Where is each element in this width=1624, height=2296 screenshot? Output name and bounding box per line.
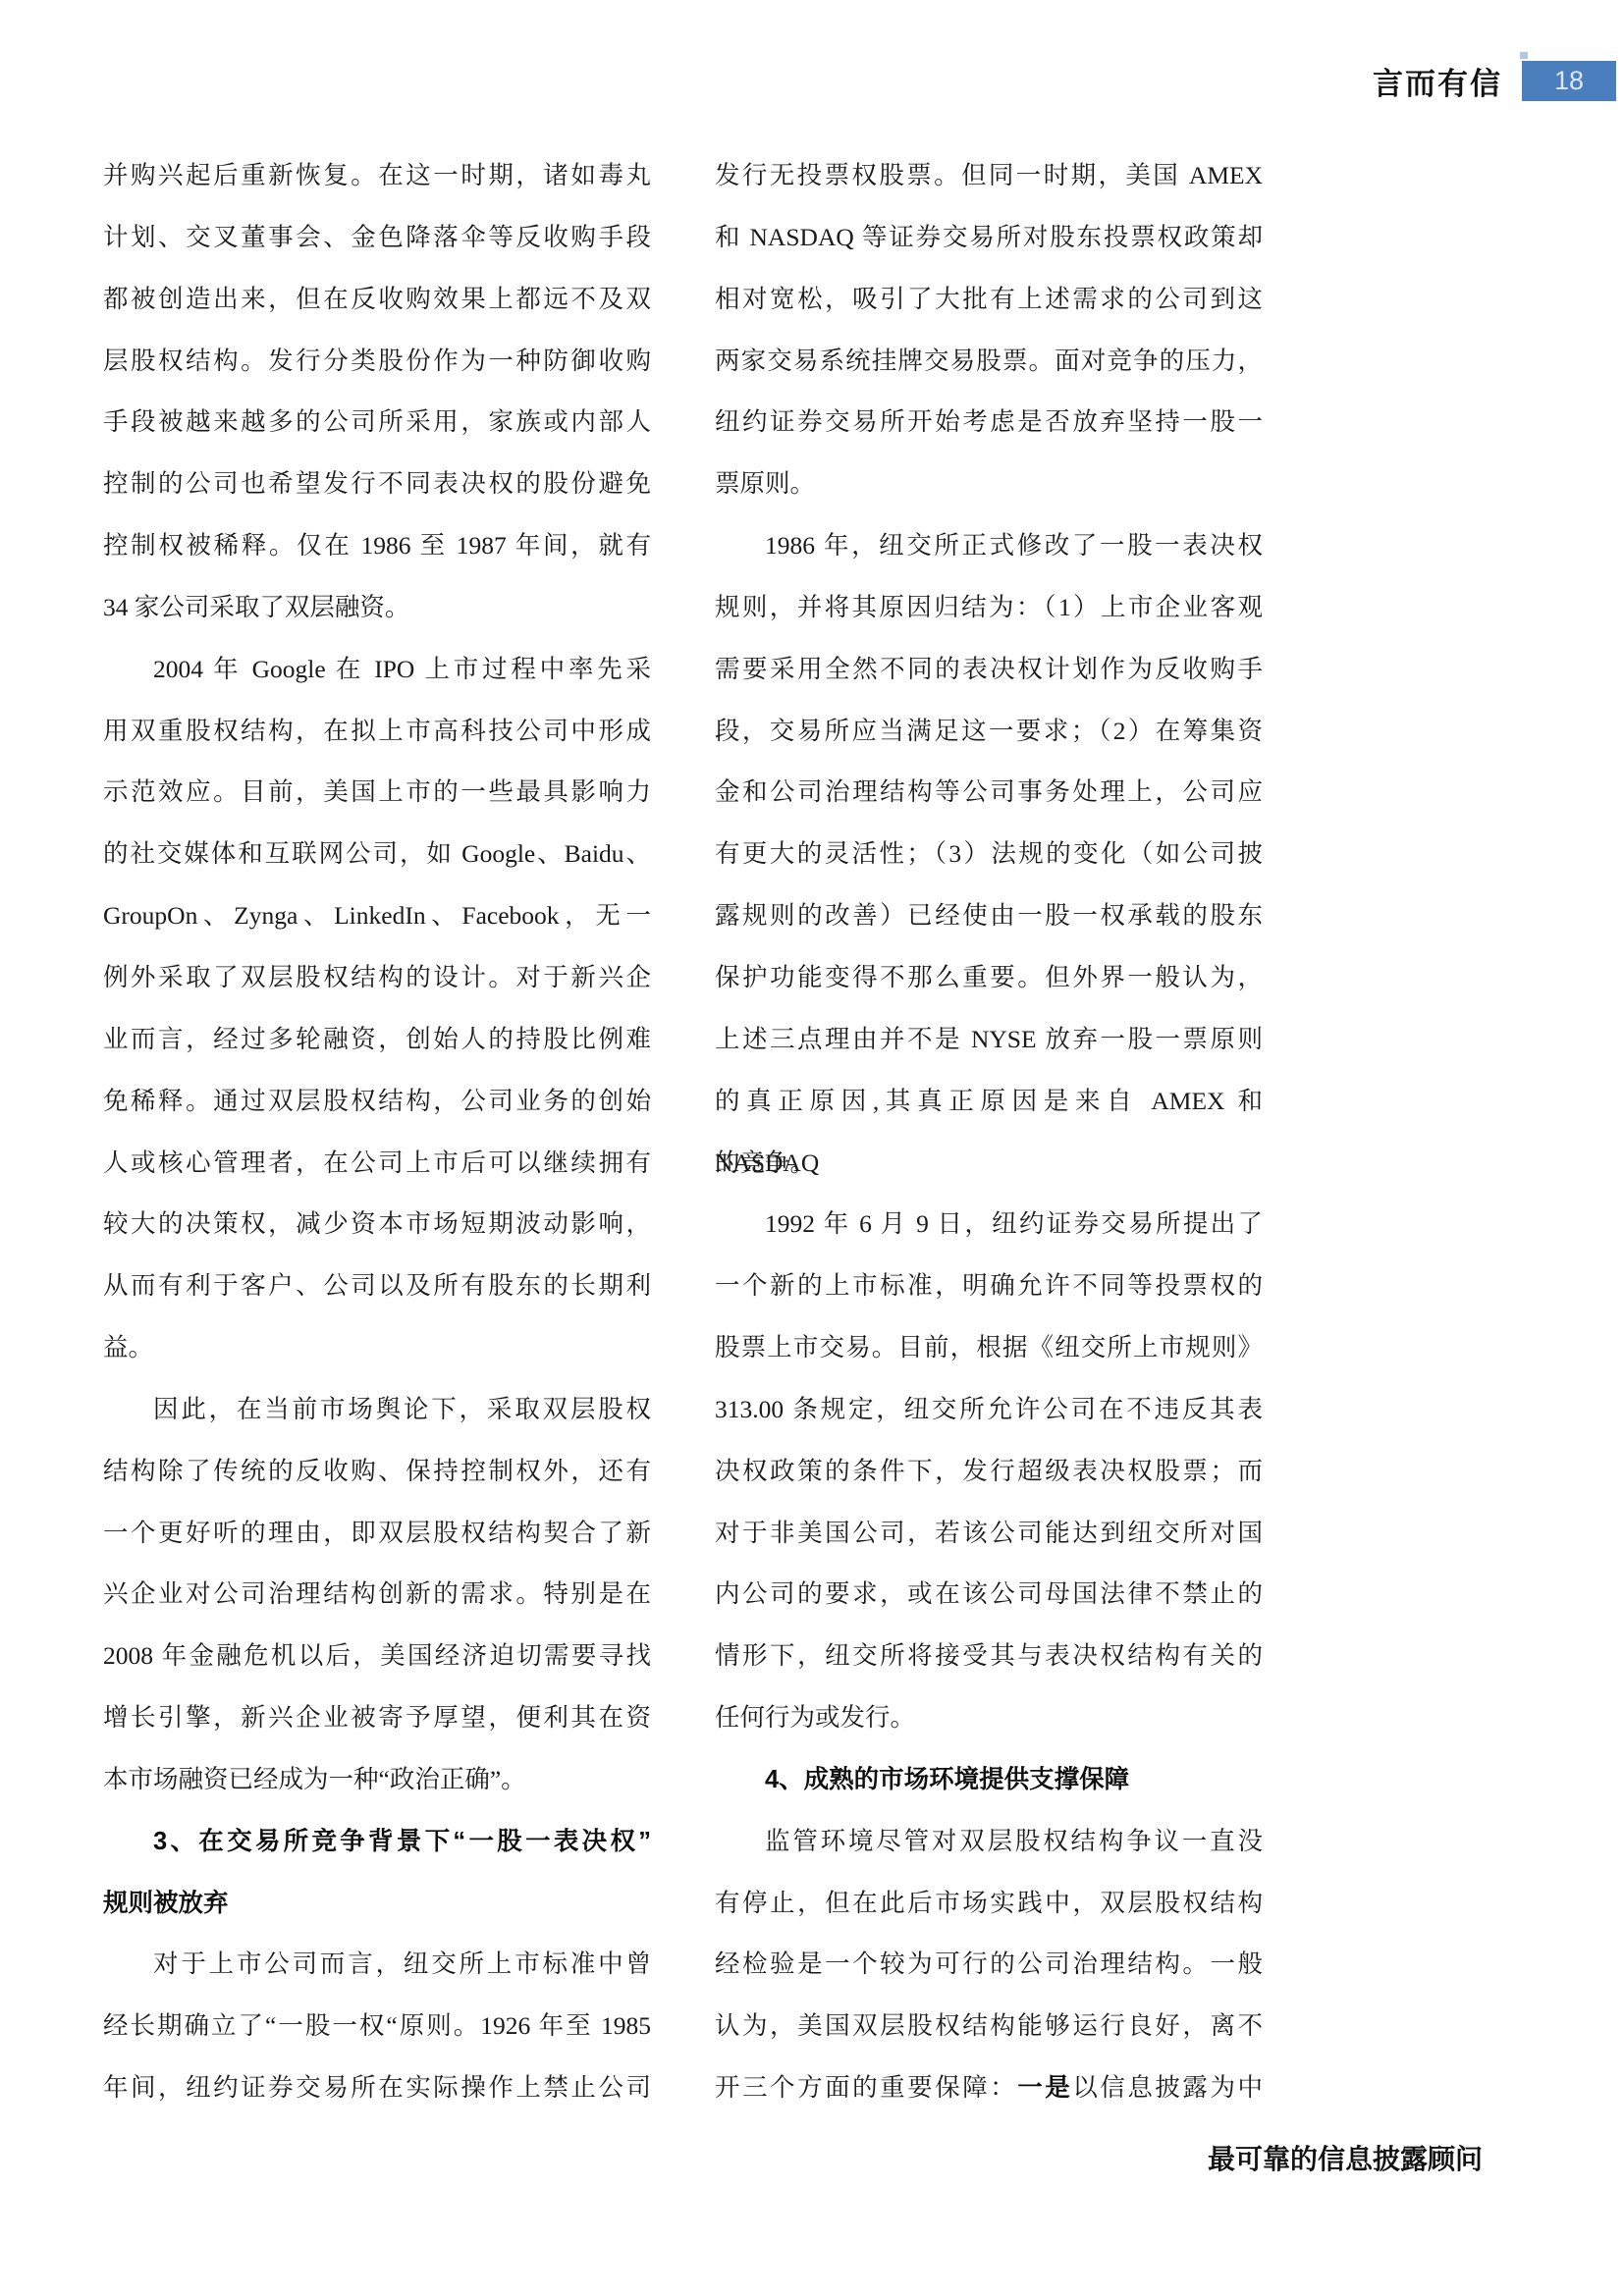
text-segment: 都被创造出来，但在反收购效果上都远不及双 [103, 285, 651, 313]
text-segment: 1986 年，纽交所正式修改了一股一表决权 [765, 531, 1263, 560]
text-segment: 增长引擎，新兴企业被寄予厚望，便利其在资 [103, 1703, 651, 1732]
text-line: 两家交易系统挂牌交易股票。面对竞争的压力， [715, 331, 1263, 393]
text-line: 因此，在当前市场舆论下，采取双层股权 [103, 1379, 651, 1441]
text-line: 用双重股权结构，在拟上市高科技公司中形成 [103, 701, 651, 763]
text-segment: 有停止，但在此后市场实践中，双层股权结构 [715, 1889, 1263, 1917]
text-segment: 示范效应。目前，美国上市的一些最具影响力 [103, 777, 651, 806]
text-segment: 开三个方面的重要保障： [715, 2073, 1017, 2102]
text-line: 决权政策的条件下，发行超级表决权股票；而 [715, 1441, 1263, 1503]
text-line: 相对宽松，吸引了大批有上述需求的公司到这 [715, 269, 1263, 331]
text-line: 2004 年 Google 在 IPO 上市过程中率先采 [103, 639, 651, 701]
text-segment: 免稀释。通过双层股权结构，公司业务的创始 [103, 1087, 651, 1115]
text-segment: 决权政策的条件下，发行超级表决权股票；而 [715, 1457, 1263, 1485]
text-line: 有停止，但在此后市场实践中，双层股权结构 [715, 1873, 1263, 1935]
text-line: 兴企业对公司治理结构创新的需求。特别是在 [103, 1564, 651, 1626]
text-line: 情形下，纽交所将接受其与表决权结构有关的 [715, 1626, 1263, 1687]
text-line: 313.00 条规定，纽交所允许公司在不违反其表 [715, 1379, 1263, 1441]
text-line: 层股权结构。发行分类股份作为一种防御收购 [103, 331, 651, 393]
text-line: 监管环境尽管对双层股权结构争议一直没 [715, 1811, 1263, 1873]
text-line: 纽约证券交易所开始考虑是否放弃坚持一股一 [715, 392, 1263, 454]
text-segment: 段，交易所应当满足这一要求；（2）在筹集资 [715, 717, 1263, 745]
text-segment: 两家交易系统挂牌交易股票。面对竞争的压力， [715, 347, 1263, 375]
text-line: 任何行为或发行。 [715, 1687, 1263, 1749]
document-page: 言而有信 18 并购兴起后重新恢复。在这一时期，诸如毒丸计划、交叉董事会、金色降… [0, 0, 1624, 2296]
text-segment: 益。 [103, 1333, 153, 1362]
text-segment: 控制的公司也希望发行不同表决权的股份避免 [103, 469, 651, 498]
text-line: 经检验是一个较为可行的公司治理结构。一般 [715, 1934, 1263, 1996]
text-line: 从而有利于客户、公司以及所有股东的长期利 [103, 1255, 651, 1317]
text-line: 示范效应。目前，美国上市的一些最具影响力 [103, 762, 651, 824]
text-line: 票原则。 [715, 454, 1263, 515]
text-line: 控制的公司也希望发行不同表决权的股份避免 [103, 454, 651, 515]
text-line: 经长期确立了“一股一权“原则。1926 年至 1985 [103, 1996, 651, 2057]
text-segment: 兴企业对公司治理结构创新的需求。特别是在 [103, 1579, 651, 1608]
text-segment: 情形下，纽交所将接受其与表决权结构有关的 [715, 1641, 1263, 1670]
page-number: 18 [1554, 66, 1584, 96]
text-line: 1986 年，纽交所正式修改了一股一表决权 [715, 515, 1263, 577]
text-line: 内公司的要求，或在该公司母国法律不禁止的 [715, 1564, 1263, 1626]
text-segment: 认为，美国双层股权结构能够运行良好，离不 [715, 2011, 1263, 2040]
text-segment: 对于非美国公司，若该公司能达到纽交所对国 [715, 1519, 1263, 1547]
text-segment: 对于上市公司而言，纽交所上市标准中曾 [153, 1949, 651, 1978]
text-line: 和 NASDAQ 等证券交易所对股东投票权政策却 [715, 207, 1263, 269]
text-segment: 1992 年 6 月 9 日，纽约证券交易所提出了 [765, 1209, 1263, 1238]
text-segment: 相对宽松，吸引了大批有上述需求的公司到这 [715, 285, 1263, 313]
text-segment: 313.00 条规定，纽交所允许公司在不违反其表 [715, 1395, 1263, 1423]
text-segment: 规则被放弃 [103, 1890, 229, 1917]
text-line: 开三个方面的重要保障：一是以信息披露为中 [715, 2057, 1263, 2119]
text-segment: 和 NASDAQ 等证券交易所对股东投票权政策却 [715, 223, 1263, 251]
footer-slogan: 最可靠的信息披露顾问 [1208, 2138, 1483, 2177]
text-line: 保护功能变得不那么重要。但外界一般认为， [715, 947, 1263, 1009]
text-segment: 手段被越来越多的公司所采用，家族或内部人 [103, 407, 651, 436]
text-line: 规则，并将其原因归结为：（1）上市企业客观 [715, 577, 1263, 639]
text-line: 本市场融资已经成为一种“政治正确”。 [103, 1749, 651, 1811]
text-line: 需要采用全然不同的表决权计划作为反收购手 [715, 639, 1263, 701]
text-line: 例外采取了双层股权结构的设计。对于新兴企 [103, 947, 651, 1009]
text-line: 结构除了传统的反收购、保持控制权外，还有 [103, 1441, 651, 1503]
text-segment: 经检验是一个较为可行的公司治理结构。一般 [715, 1949, 1263, 1978]
text-line: 段，交易所应当满足这一要求；（2）在筹集资 [715, 701, 1263, 763]
text-segment: 股票上市交易。目前，根据《纽交所上市规则》 [715, 1333, 1263, 1362]
text-line: 2008 年金融危机以后，美国经济迫切需要寻找 [103, 1626, 651, 1687]
text-line: 计划、交叉董事会、金色降落伞等反收购手段 [103, 207, 651, 269]
text-segment: 发行无投票权股票。但同一时期，美国 AMEX [715, 161, 1263, 189]
text-line: 对于上市公司而言，纽交所上市标准中曾 [103, 1934, 651, 1996]
text-segment: 例外采取了双层股权结构的设计。对于新兴企 [103, 963, 651, 991]
text-line: 露规则的改善）已经使由一股一权承载的股东 [715, 885, 1263, 947]
text-segment: 用双重股权结构，在拟上市高科技公司中形成 [103, 717, 651, 745]
text-segment: 本市场融资已经成为一种“政治正确”。 [103, 1765, 526, 1793]
text-line: 的真正原因,其真正原因是来自 AMEX 和 NASDAQ [715, 1071, 1263, 1133]
page-badge-notch [1520, 52, 1528, 59]
text-line: 认为，美国双层股权结构能够运行良好，离不 [715, 1996, 1263, 2057]
text-segment: 保护功能变得不那么重要。但外界一般认为， [715, 963, 1263, 991]
text-segment: 计划、交叉董事会、金色降落伞等反收购手段 [103, 223, 651, 251]
text-segment: 年间，纽约证券交易所在实际操作上禁止公司 [103, 2073, 651, 2102]
text-line: 股票上市交易。目前，根据《纽交所上市规则》 [715, 1317, 1263, 1379]
text-segment: 因此，在当前市场舆论下，采取双层股权 [153, 1395, 651, 1423]
text-line: 的竞争。 [715, 1133, 1263, 1195]
text-line: 益。 [103, 1317, 651, 1379]
text-column-left: 并购兴起后重新恢复。在这一时期，诸如毒丸计划、交叉董事会、金色降落伞等反收购手段… [103, 145, 651, 2119]
text-segment: 34 家公司采取了双层融资。 [103, 593, 409, 621]
text-line: 业而言，经过多轮融资，创始人的持股比例难 [103, 1009, 651, 1071]
text-line: 1992 年 6 月 9 日，纽约证券交易所提出了 [715, 1194, 1263, 1255]
text-line: 的社交媒体和互联网公司，如 Google、Baidu、 [103, 824, 651, 885]
text-line: 手段被越来越多的公司所采用，家族或内部人 [103, 392, 651, 454]
text-segment: 的竞争。 [715, 1148, 815, 1177]
text-line: GroupOn、Zynga、LinkedIn、Facebook，无一 [103, 885, 651, 947]
text-segment: 结构除了传统的反收购、保持控制权外，还有 [103, 1457, 651, 1485]
text-segment: 纽约证券交易所开始考虑是否放弃坚持一股一 [715, 407, 1263, 436]
text-line: 较大的决策权，减少资本市场短期波动影响， [103, 1194, 651, 1255]
text-line: 3、在交易所竞争背景下“一股一表决权” [103, 1811, 651, 1873]
text-segment: 任何行为或发行。 [715, 1703, 915, 1732]
text-segment: 较大的决策权，减少资本市场短期波动影响， [103, 1209, 651, 1238]
emphasized-text: 一是 [1017, 2074, 1072, 2102]
text-line: 并购兴起后重新恢复。在这一时期，诸如毒丸 [103, 145, 651, 207]
text-segment: 一个新的上市标准，明确允许不同等投票权的 [715, 1271, 1263, 1300]
text-segment: 并购兴起后重新恢复。在这一时期，诸如毒丸 [103, 161, 651, 189]
text-line: 对于非美国公司，若该公司能达到纽交所对国 [715, 1503, 1263, 1565]
text-line: 控制权被稀释。仅在 1986 至 1987 年间，就有 [103, 515, 651, 577]
text-segment: 业而言，经过多轮融资，创始人的持股比例难 [103, 1025, 651, 1053]
text-segment: 规则，并将其原因归结为：（1）上市企业客观 [715, 593, 1263, 621]
text-segment: 从而有利于客户、公司以及所有股东的长期利 [103, 1271, 651, 1300]
text-line: 发行无投票权股票。但同一时期，美国 AMEX [715, 145, 1263, 207]
header-brand-title: 言而有信 [1373, 59, 1502, 103]
text-segment: 需要采用全然不同的表决权计划作为反收购手 [715, 655, 1263, 683]
text-segment: GroupOn、Zynga、LinkedIn、Facebook，无一 [103, 901, 651, 930]
text-segment: 监管环境尽管对双层股权结构争议一直没 [765, 1827, 1263, 1855]
text-line: 免稀释。通过双层股权结构，公司业务的创始 [103, 1071, 651, 1133]
text-line: 一个更好听的理由，即双层股权结构契合了新 [103, 1503, 651, 1565]
text-segment: 3、在交易所竞争背景下“一股一表决权” [153, 1828, 651, 1855]
text-line: 上述三点理由并不是 NYSE 放弃一股一票原则 [715, 1009, 1263, 1071]
text-segment: 层股权结构。发行分类股份作为一种防御收购 [103, 347, 651, 375]
text-segment: 有更大的灵活性；（3）法规的变化（如公司披 [715, 839, 1263, 868]
text-segment: 人或核心管理者，在公司上市后可以继续拥有 [103, 1148, 651, 1177]
text-line: 规则被放弃 [103, 1873, 651, 1935]
text-segment: 的社交媒体和互联网公司，如 Google、Baidu、 [103, 839, 651, 868]
text-line: 34 家公司采取了双层融资。 [103, 577, 651, 639]
text-segment: 内公司的要求，或在该公司母国法律不禁止的 [715, 1579, 1263, 1608]
text-column-right: 发行无投票权股票。但同一时期，美国 AMEX和 NASDAQ 等证券交易所对股东… [715, 145, 1263, 2119]
text-segment: 金和公司治理结构等公司事务处理上，公司应 [715, 777, 1263, 806]
text-line: 金和公司治理结构等公司事务处理上，公司应 [715, 762, 1263, 824]
text-segment: 2004 年 Google 在 IPO 上市过程中率先采 [153, 655, 651, 683]
text-line: 4、成熟的市场环境提供支撑保障 [715, 1749, 1263, 1811]
text-segment: 以信息披露为中 [1072, 2073, 1263, 2102]
text-line: 有更大的灵活性；（3）法规的变化（如公司披 [715, 824, 1263, 885]
text-segment: 露规则的改善）已经使由一股一权承载的股东 [715, 901, 1263, 930]
text-segment: 4、成熟的市场环境提供支撑保障 [765, 1766, 1129, 1793]
text-segment: 控制权被稀释。仅在 1986 至 1987 年间，就有 [103, 531, 651, 560]
text-segment: 上述三点理由并不是 NYSE 放弃一股一票原则 [715, 1025, 1263, 1053]
text-line: 年间，纽约证券交易所在实际操作上禁止公司 [103, 2057, 651, 2119]
text-segment: 一个更好听的理由，即双层股权结构契合了新 [103, 1519, 651, 1547]
text-line: 人或核心管理者，在公司上市后可以继续拥有 [103, 1133, 651, 1195]
text-line: 都被创造出来，但在反收购效果上都远不及双 [103, 269, 651, 331]
text-segment: 票原则。 [715, 469, 815, 498]
text-segment: 2008 年金融危机以后，美国经济迫切需要寻找 [103, 1641, 651, 1670]
text-line: 增长引擎，新兴企业被寄予厚望，便利其在资 [103, 1687, 651, 1749]
text-line: 一个新的上市标准，明确允许不同等投票权的 [715, 1255, 1263, 1317]
text-segment: 经长期确立了“一股一权“原则。1926 年至 1985 [103, 2011, 651, 2040]
page-number-badge: 18 [1522, 61, 1616, 101]
